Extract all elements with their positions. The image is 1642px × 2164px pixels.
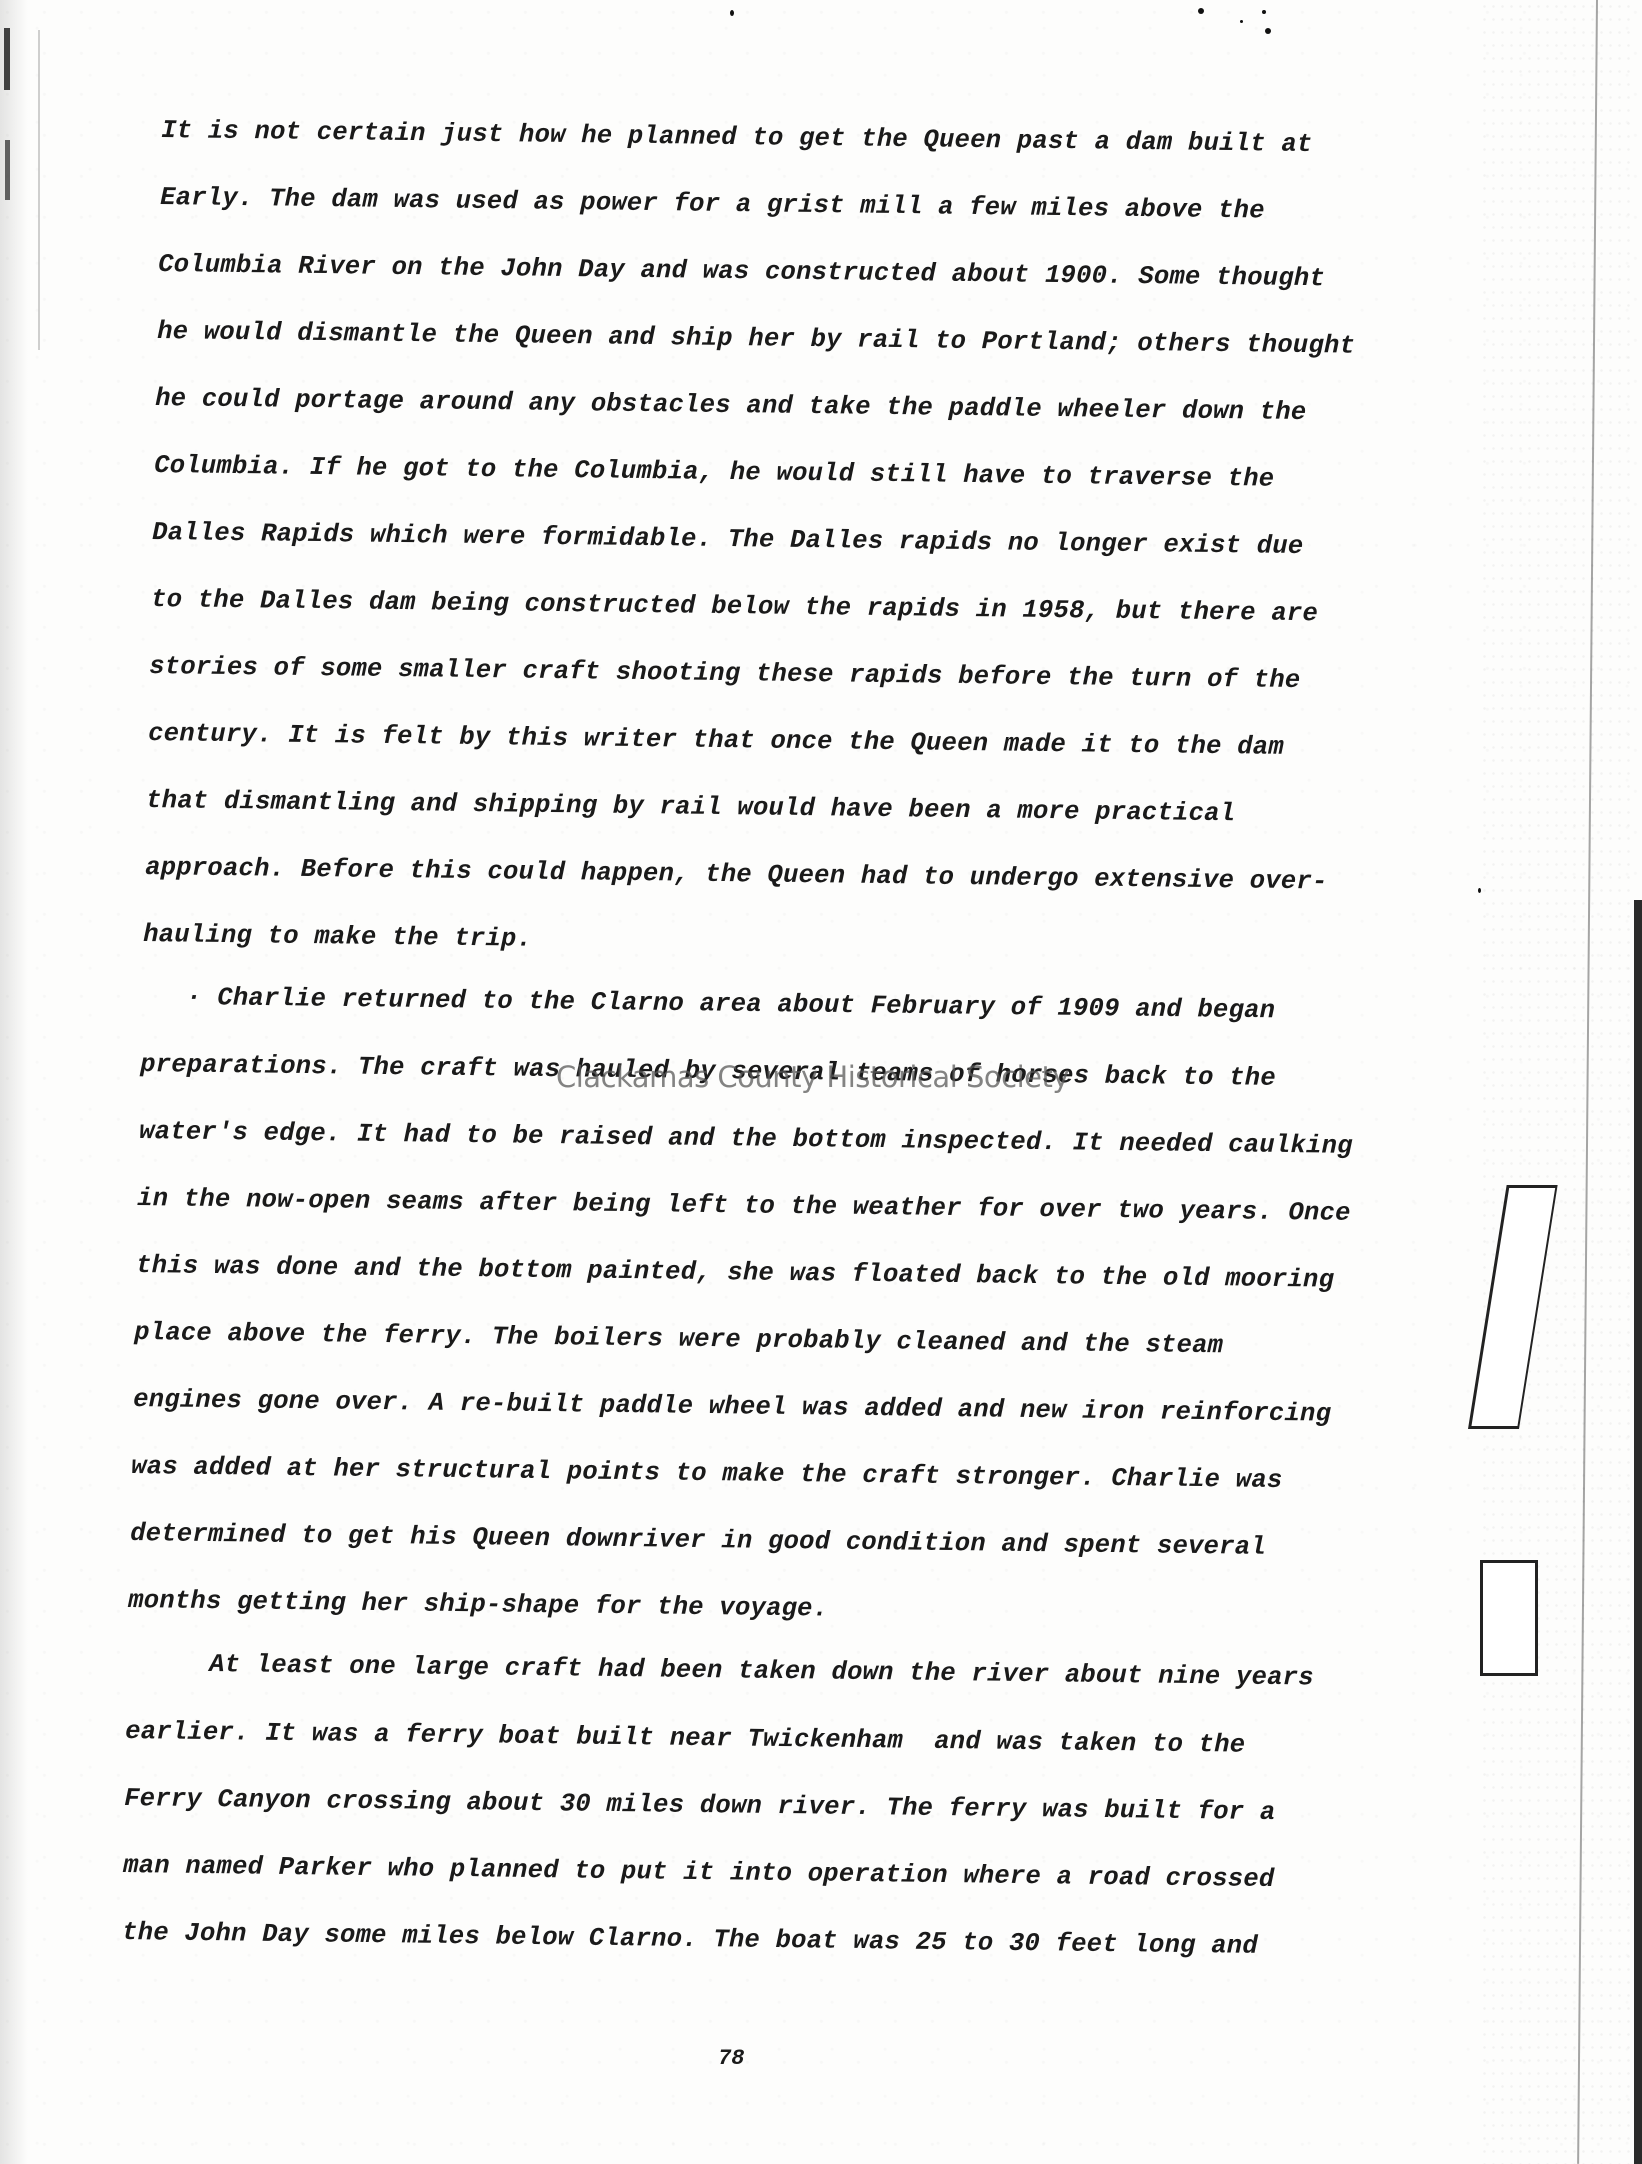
text-line: this was done and the bottom painted, sh… xyxy=(136,1253,1334,1293)
text-line: the John Day some miles below Clarno. Th… xyxy=(122,1920,1258,1959)
speck xyxy=(1262,10,1266,14)
right-margin-speckle xyxy=(1480,0,1630,2164)
left-scan-shadow xyxy=(0,0,28,2164)
text-line: he would dismantle the Queen and ship he… xyxy=(157,319,1355,359)
text-line: century. It is felt by this writer that … xyxy=(148,721,1284,760)
text-line: he could portage around any obstacles an… xyxy=(155,386,1307,426)
text-line: that dismantling and shipping by rail wo… xyxy=(146,788,1235,827)
text-line: man named Parker who planned to put it i… xyxy=(123,1853,1275,1893)
text-line: to the Dalles dam being constructed belo… xyxy=(151,587,1318,627)
page-number: 78 xyxy=(718,2046,744,2071)
watermark: Clackamas County Historical Society xyxy=(556,1060,1069,1094)
text-line: · Charlie returned to the Clarno area ab… xyxy=(186,985,1275,1024)
left-binding-mark xyxy=(5,140,10,200)
text-line: At least one large craft had been taken … xyxy=(209,1652,1314,1691)
text-line: months getting her ship-shape for the vo… xyxy=(128,1588,828,1622)
text-line: earlier. It was a ferry boat built near … xyxy=(125,1719,1245,1758)
text-line: in the now-open seams after being left t… xyxy=(137,1186,1351,1226)
margin-tab-artifact xyxy=(1480,1560,1538,1676)
text-line: determined to get his Queen downriver in… xyxy=(130,1521,1266,1560)
text-line: Dalles Rapids which were formidable. The… xyxy=(152,520,1304,560)
text-line: Columbia River on the John Day and was c… xyxy=(158,252,1325,292)
text-line: water's edge. It had to be raised and th… xyxy=(139,1119,1353,1159)
scanned-page: It is not certain just how he planned to… xyxy=(0,0,1642,2164)
text-line: engines gone over. A re-built paddle whe… xyxy=(133,1387,1331,1427)
speck xyxy=(1198,8,1204,14)
text-line: stories of some smaller craft shooting t… xyxy=(149,654,1301,694)
right-scan-edge xyxy=(1634,900,1642,2164)
text-line: was added at her structural points to ma… xyxy=(131,1454,1283,1494)
text-line: Ferry Canyon crossing about 30 miles dow… xyxy=(124,1786,1276,1826)
left-binding-mark xyxy=(4,28,10,90)
speck xyxy=(1265,28,1271,34)
text-line: hauling to make the trip. xyxy=(143,922,532,952)
text-line: place above the ferry. The boilers were … xyxy=(134,1320,1223,1359)
text-line: Columbia. If he got to the Columbia, he … xyxy=(154,453,1274,492)
text-line: Early. The dam was used as power for a g… xyxy=(160,185,1265,224)
text-line: approach. Before this could happen, the … xyxy=(145,855,1328,895)
left-scan-line xyxy=(38,30,40,350)
speck xyxy=(1240,20,1243,23)
speck xyxy=(1478,888,1481,893)
speck xyxy=(730,10,734,16)
text-line: It is not certain just how he planned to… xyxy=(161,118,1313,158)
